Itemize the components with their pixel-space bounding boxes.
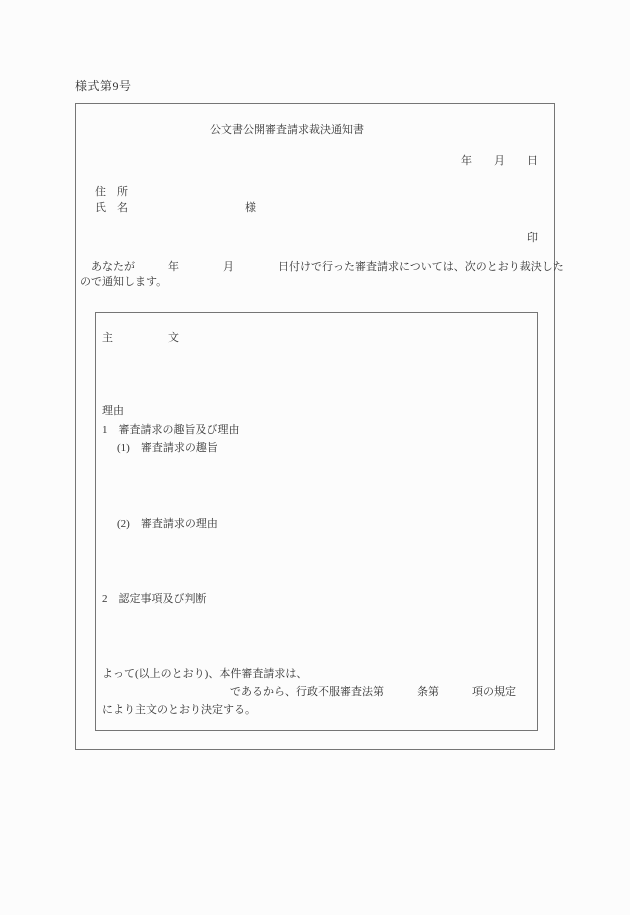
reason-heading: 理由: [102, 406, 124, 417]
name-label: 氏 名: [95, 202, 128, 214]
honorific-sama: 様: [245, 202, 256, 214]
seal-mark: 印: [527, 233, 538, 244]
form-number-label: 様式第9号: [75, 80, 132, 92]
conclusion-line-3: により主文のとおり決定する。: [102, 705, 256, 716]
document-page: 様式第9号 公文書公開審査請求裁決通知書 年 月 日 住 所 氏 名様 印 あな…: [0, 0, 630, 915]
notice-paragraph-line-2: ので通知します。: [80, 277, 167, 288]
document-title: 公文書公開審査請求裁決通知書: [76, 125, 554, 136]
reason-item-2: 2 認定事項及び判断: [102, 594, 207, 605]
reason-item-1-2: (2) 審査請求の理由: [117, 519, 218, 530]
notice-paragraph-line-1: あなたが 年 月 日付けで行った審査請求については、次のとおり裁決した: [80, 262, 564, 273]
address-label: 住 所: [95, 187, 128, 198]
main-text-heading: 主 文: [102, 333, 179, 344]
recipient-name-row: 氏 名様: [95, 203, 256, 214]
conclusion-line-2: であるから、行政不服審査法第 条第 項の規定: [230, 687, 516, 698]
conclusion-line-1: よって(以上のとおり)、本件審査請求は、: [102, 669, 307, 680]
reason-item-1: 1 審査請求の趣旨及び理由: [102, 425, 240, 436]
reason-item-1-1: (1) 審査請求の趣旨: [117, 443, 218, 454]
decision-box: 主 文 理由 1 審査請求の趣旨及び理由 (1) 審査請求の趣旨 (2) 審査請…: [95, 312, 538, 731]
document-frame: 公文書公開審査請求裁決通知書 年 月 日 住 所 氏 名様 印 あなたが 年 月…: [75, 103, 555, 750]
date-line: 年 月 日: [461, 156, 538, 167]
